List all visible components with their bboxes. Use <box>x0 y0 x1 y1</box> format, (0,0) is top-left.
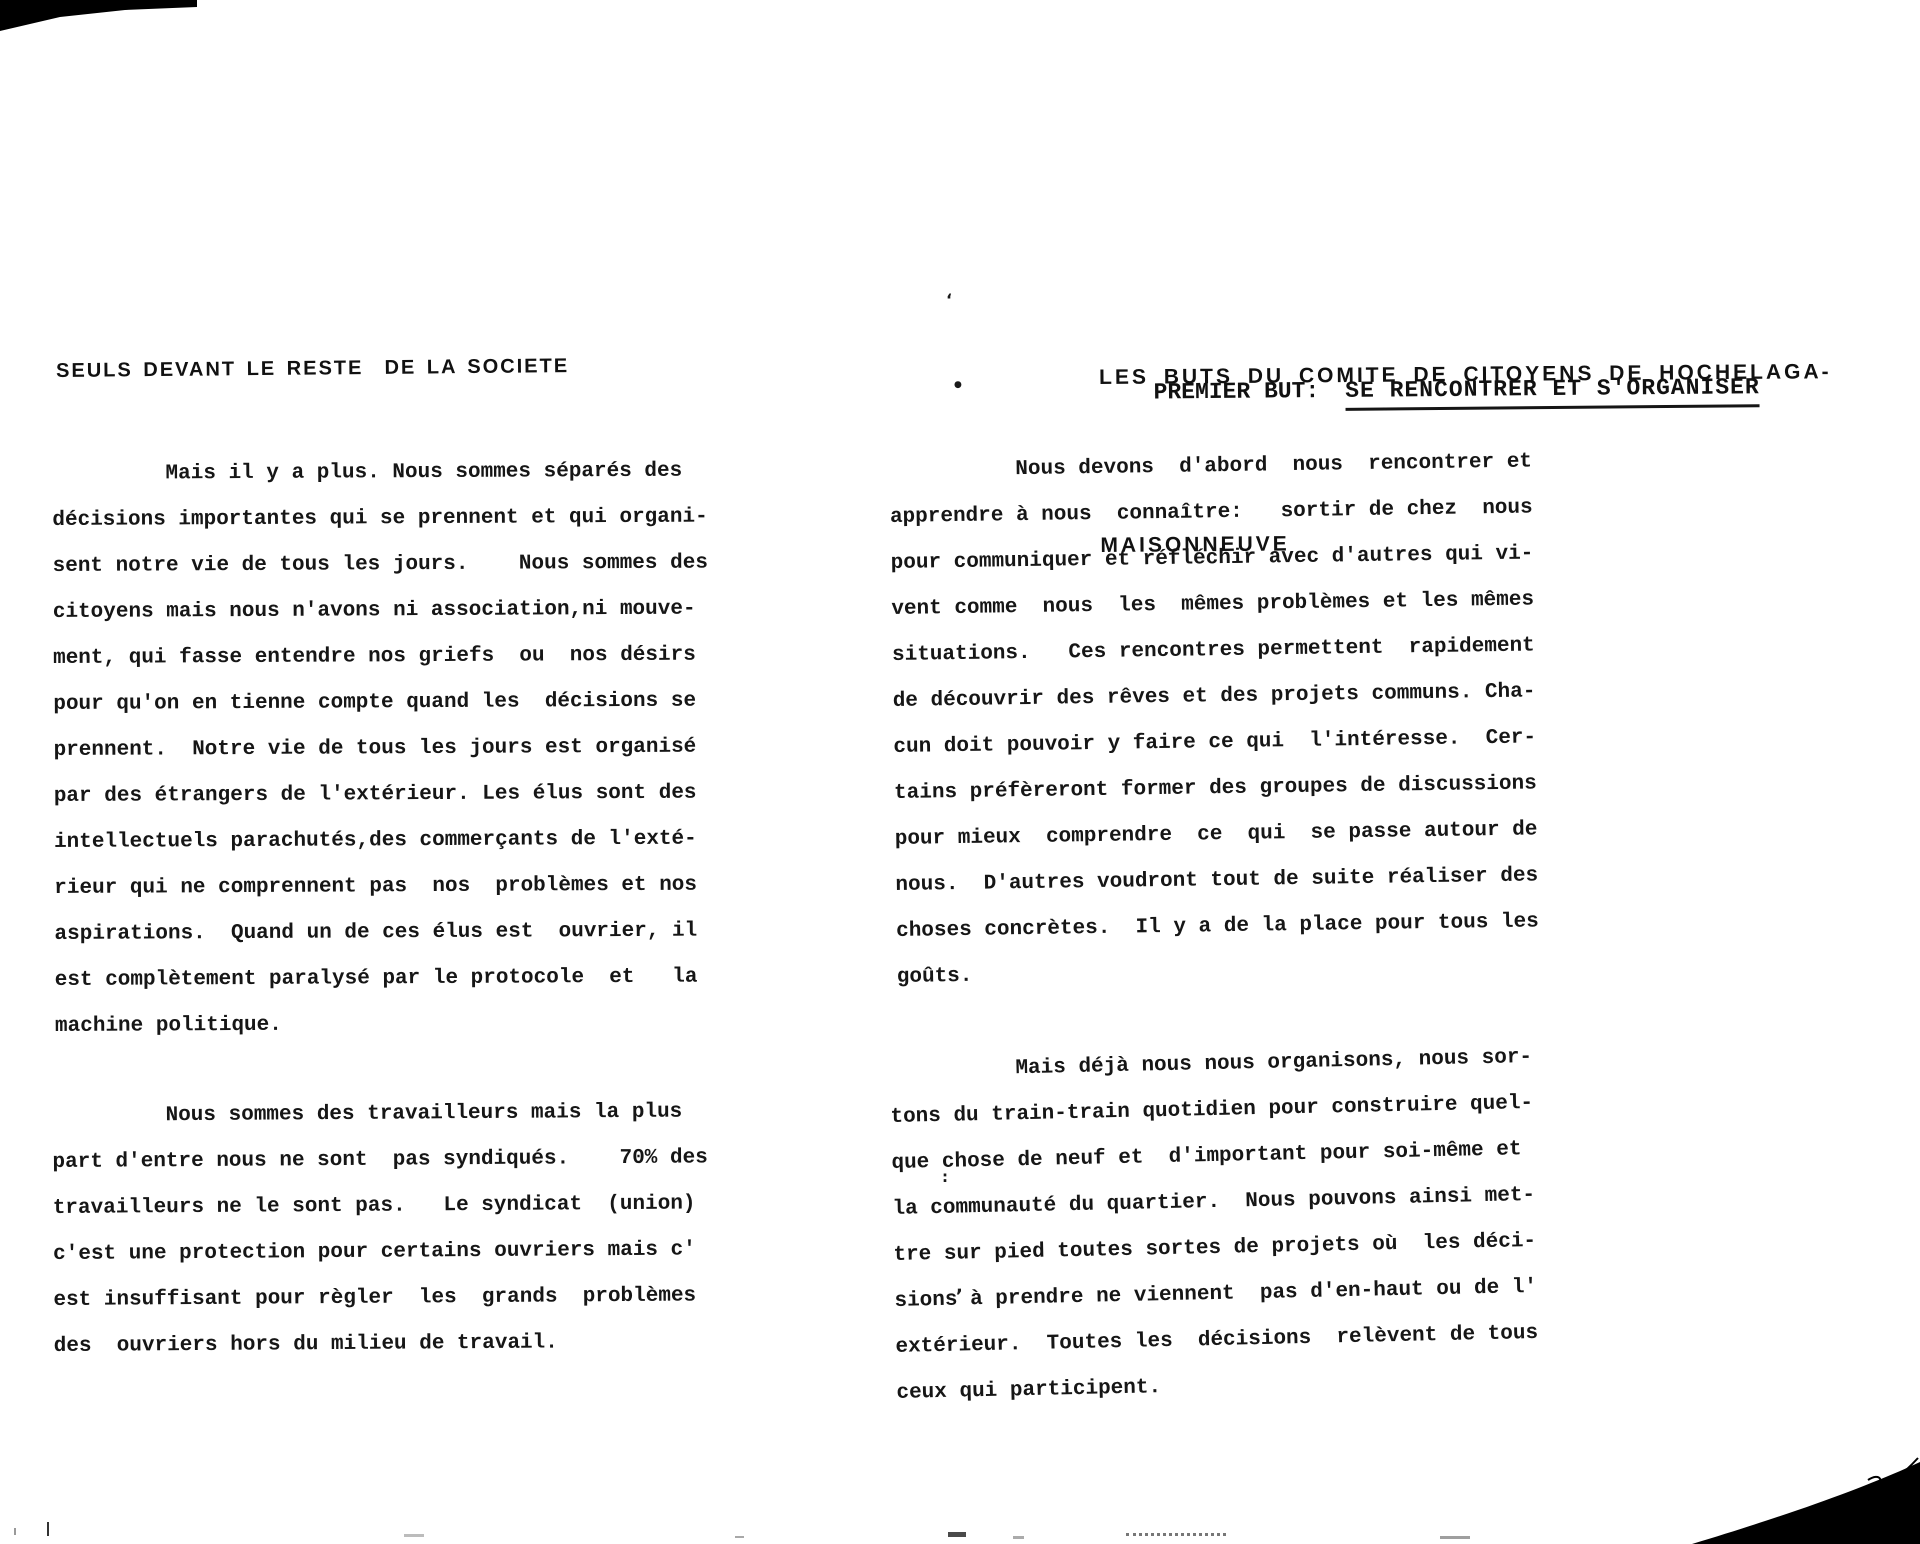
right-subheading: PREMIER BUT:SE RENCONTRER ET S'ORGANISER <box>1098 342 1760 438</box>
scan-artifact-wisp-2 <box>1868 1477 1881 1494</box>
scanned-document-page: SEULS DEVANT LE RESTE DE LA SOCIETE Mais… <box>0 0 1920 1544</box>
text-line: décisions importantes qui se prennent et… <box>52 495 708 544</box>
text-line: goûts. <box>897 945 1540 1001</box>
text-line: est complètement paralysé par le protoco… <box>55 955 711 1004</box>
gutter-speck-3: : <box>942 1168 948 1186</box>
gutter-speck-2: ● <box>954 380 962 390</box>
scan-artifact-dash-2 <box>735 1536 744 1538</box>
right-paragraph-1: Nous devons d'abord nous rencontrer etap… <box>889 439 1540 1000</box>
scan-artifact-dash-6 <box>1440 1536 1470 1539</box>
right-paragraph-2: Mais déjà nous nous organisons, nous sor… <box>889 1035 1540 1417</box>
text-line: est insuffisant pour règler les grands p… <box>53 1273 709 1324</box>
scan-artifact-dash-1 <box>404 1534 424 1537</box>
text-line: Nous sommes des travailleurs mais la plu… <box>52 1089 708 1140</box>
scan-artifact-bottom-right <box>1692 1462 1920 1544</box>
text-line: c'est une protection pour certains ouvri… <box>53 1227 709 1278</box>
text-line: Mais il y a plus. Nous sommes séparés de… <box>52 449 708 498</box>
scan-artifact-top-left <box>0 0 197 31</box>
scan-artifact-dash-4 <box>1013 1536 1024 1539</box>
scan-artifact-dash-3 <box>948 1532 966 1537</box>
scan-artifact-tick <box>47 1522 49 1536</box>
text-line: prennent. Notre vie de tous les jours es… <box>53 725 709 774</box>
gutter-speck-1: ʻ <box>946 290 952 309</box>
scan-artifact-tick-2 <box>14 1528 16 1535</box>
text-line: des ouvriers hors du milieu de travail. <box>54 1319 710 1370</box>
text-line: part d'entre nous ne sont pas syndiqués.… <box>52 1135 708 1186</box>
text-line: sent notre vie de tous les jours. Nous s… <box>52 541 708 590</box>
text-line: ment, qui fasse entendre nos griefs ou n… <box>53 633 709 682</box>
scan-artifact-dash-5 <box>1126 1533 1226 1536</box>
text-line: citoyens mais nous n'avons ni associatio… <box>53 587 709 636</box>
left-paragraph-2: Nous sommes des travailleurs mais la plu… <box>52 1089 709 1370</box>
text-line: pour qu'on en tienne compte quand les dé… <box>53 679 709 728</box>
subheading-underlined-text: SE RENCONTRER ET S'ORGANISER <box>1345 374 1760 411</box>
left-paragraph-1: Mais il y a plus. Nous sommes séparés de… <box>52 449 710 1050</box>
text-line: rieur qui ne comprennent pas nos problèm… <box>54 863 710 912</box>
text-line: machine politique. <box>55 1001 711 1050</box>
text-line: travailleurs ne le sont pas. Le syndicat… <box>53 1181 709 1232</box>
left-section-heading: SEULS DEVANT LE RESTE DE LA SOCIETE <box>56 355 569 383</box>
text-line: intellectuels parachutés,des commerçants… <box>54 817 710 866</box>
scan-artifact-wisp-1 <box>1838 1458 1918 1512</box>
text-line: aspirations. Quand un de ces élus est ou… <box>54 909 710 958</box>
text-line: par des étrangers de l'extérieur. Les él… <box>54 771 710 820</box>
gutter-speck-4: , <box>956 1276 963 1297</box>
text-line: choses concrètes. Il y a de la place pou… <box>896 899 1539 955</box>
subheading-label: PREMIER BUT: <box>1153 378 1319 405</box>
